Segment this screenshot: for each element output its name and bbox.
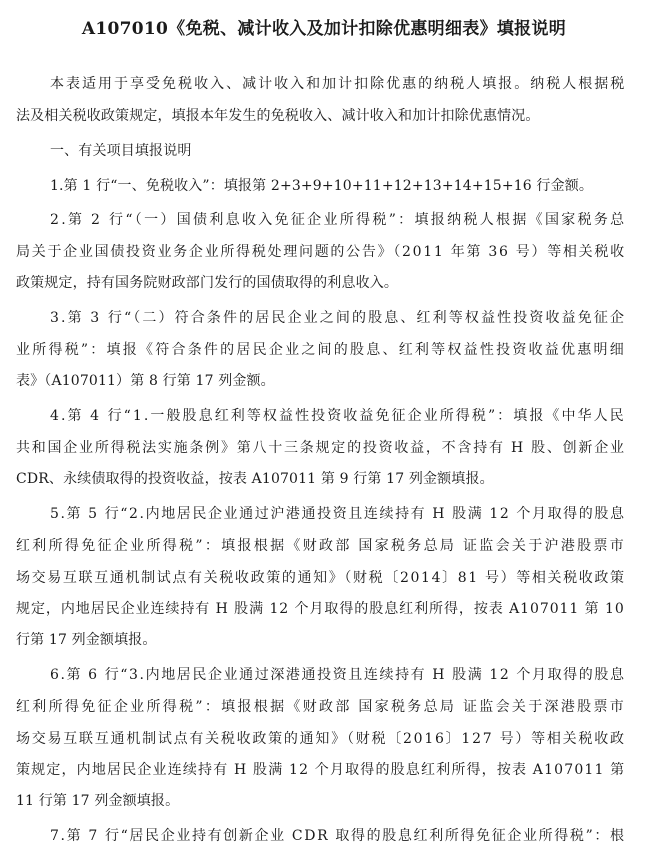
paragraph-line: 一、有关项目填报说明 — [50, 141, 192, 161]
paragraph-line: 7.第 7 行“居民企业持有创新企业 CDR 取得的股息红利所得免征企业所得税”… — [50, 826, 626, 846]
paragraph-line: 2.第 2 行“（一）国债利息收入免征企业所得税”：填报纳税人根据《国家税务总 — [50, 210, 627, 230]
paragraph-line: 1.第 1 行“一、免税收入”：填报第 2+3+9+10+11+12+13+14… — [50, 176, 593, 196]
paragraph-line: 红利所得免征企业所得税”：填报根据《财政部 国家税务总局 证监会关于沪港股票市 — [16, 536, 626, 556]
paragraph-line: 6.第 6 行“3.内地居民企业通过深港通投资且连续持有 H 股满 12 个月取… — [50, 665, 626, 685]
paragraph-line: 本表适用于享受免税收入、减计收入和加计扣除优惠的纳税人填报。纳税人根据税 — [50, 74, 626, 94]
paragraph-line: 场交易互联互通机制试点有关税收政策的通知》（财税〔2016〕127 号）等相关税… — [16, 729, 626, 749]
paragraph-line: 策规定，内地居民企业连续持有 H 股满 12 个月取得的股息红利所得，按表 A1… — [16, 760, 625, 780]
paragraph-line: 表》（A107011）第 8 行第 17 列金额。 — [16, 371, 275, 391]
paragraph-line: 局关于企业国债投资业务企业所得税处理问题的公告》（2011 年第 36 号）等相… — [16, 242, 626, 262]
paragraph-line: 规定，内地居民企业连续持有 H 股满 12 个月取得的股息红利所得，按表 A10… — [16, 599, 625, 619]
paragraph-line: 场交易互联互通机制试点有关税收政策的通知》（财税〔2014〕81 号）等相关税收… — [16, 568, 626, 588]
document-title: A107010《免税、减计收入及加计扣除优惠明细表》填报说明 — [0, 14, 648, 39]
paragraph-line: 业所得税”：填报《符合条件的居民企业之间的股息、红利等权益性投资收益优惠明细 — [16, 340, 626, 360]
paragraph-line: 法及相关税收政策规定，填报本年发生的免税收入、减计收入和加计扣除优惠情况。 — [16, 106, 540, 126]
paragraph-line: 共和国企业所得税法实施条例》第八十三条规定的投资收益，不含持有 H 股、创新企业 — [16, 438, 626, 458]
paragraph-line: 11 行第 17 列金额填报。 — [16, 791, 179, 811]
paragraph-line: 红利所得免征企业所得税”：填报根据《财政部 国家税务总局 证监会关于深港股票市 — [16, 697, 626, 717]
paragraph-line: 4.第 4 行“1.一般股息红利等权益性投资收益免征企业所得税”：填报《中华人民 — [50, 406, 626, 426]
paragraph-line: CDR、永续债取得的投资收益，按表 A107011 第 9 行第 17 列金额填… — [16, 469, 494, 489]
paragraph-line: 行第 17 列金额填报。 — [16, 630, 157, 650]
paragraph-line: 政策规定，持有国务院财政部门发行的国债取得的利息收入。 — [16, 273, 398, 293]
paragraph-line: 3.第 3 行“（二）符合条件的居民企业之间的股息、红利等权益性投资收益免征企 — [50, 308, 626, 328]
paragraph-line: 5.第 5 行“2.内地居民企业通过沪港通投资且连续持有 H 股满 12 个月取… — [50, 504, 626, 524]
